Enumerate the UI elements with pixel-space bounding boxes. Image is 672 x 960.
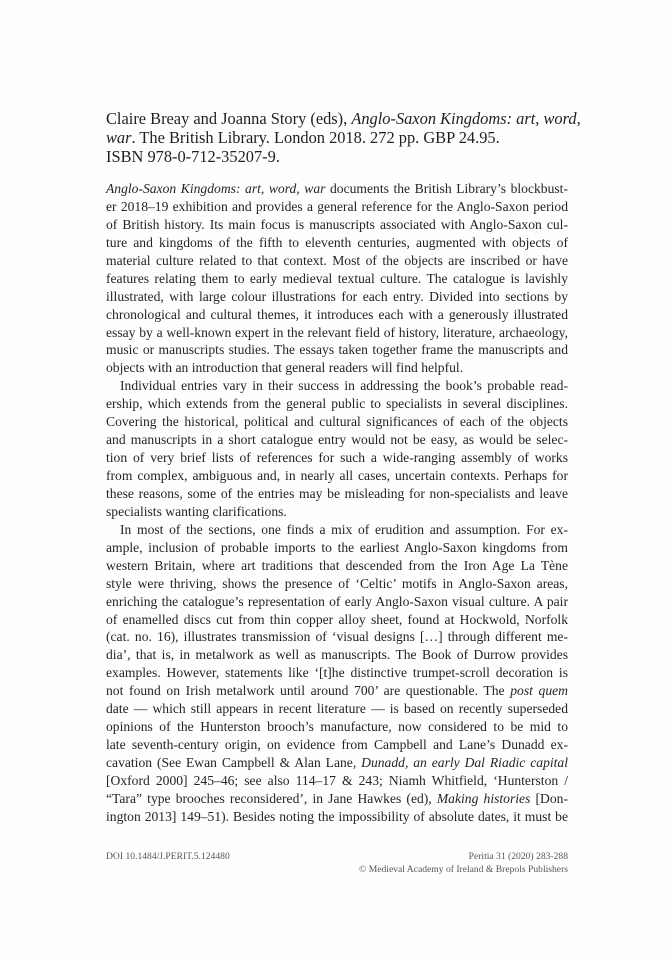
text-run: not found on Irish metalwork until aroun… [106, 683, 510, 698]
heading-line: Claire Breay and Joanna Story (eds), Ang… [106, 109, 568, 128]
text-run: western Britain, where art traditions th… [106, 558, 568, 573]
body-line: and manuscripts in a short catalogue ent… [106, 431, 568, 449]
body-line: Anglo-Saxon Kingdoms: art, word, war doc… [106, 180, 568, 198]
body-line: music or manuscripts studies. The essays… [106, 341, 568, 359]
text-run: and manuscripts in a short catalogue ent… [106, 432, 568, 447]
body-line: ample, inclusion of probable imports to … [106, 539, 568, 557]
body-line: essay by a well-known expert in the rele… [106, 324, 568, 342]
text-run: enriching the catalogue’s representation… [106, 594, 568, 609]
body-line: chronological and cultural themes, it in… [106, 306, 568, 324]
copyright-notice: © Medieval Academy of Ireland & Brepols … [359, 863, 568, 876]
body-line: western Britain, where art traditions th… [106, 557, 568, 575]
text-run: chronological and cultural themes, it in… [106, 307, 568, 322]
text-run: opinions of the Hunterston brooch’s manu… [106, 719, 568, 734]
body-line: from complex, ambiguous and, in nearly a… [106, 467, 568, 485]
italic-text: Dunadd, an early Dal Riadic capital [361, 755, 568, 770]
body-line: dia’, that is, in metalwork as well as m… [106, 646, 568, 664]
body-line: not found on Irish metalwork until aroun… [106, 682, 568, 700]
footer-citation: Peritia 31 (2020) 283-288 © Medieval Aca… [359, 850, 568, 876]
text-run: of enamelled discs cut from thin copper … [106, 612, 568, 627]
text-run: dia’, that is, in metalwork as well as m… [106, 647, 568, 662]
body-line: illustrated, with large colour illustrat… [106, 288, 568, 306]
text-run: specialists wanting clarifications. [106, 504, 287, 519]
body-line: opinions of the Hunterston brooch’s manu… [106, 718, 568, 736]
text-run: Individual entries vary in their success… [120, 378, 568, 393]
italic-text: Making histories [437, 791, 531, 806]
body-line: ington 2013] 149–51). Besides noting the… [106, 808, 568, 826]
body-line: enriching the catalogue’s representation… [106, 593, 568, 611]
body-line: of enamelled discs cut from thin copper … [106, 611, 568, 629]
text-run: ture and kingdoms of the fifth to eleven… [106, 235, 568, 250]
isbn-line: ISBN 978-0-712-35207-9. [106, 147, 568, 166]
text-run: from complex, ambiguous and, in nearly a… [106, 468, 568, 483]
doi-text: DOI 10.1484/J.PERIT.5.124480 [106, 850, 230, 863]
body-line: Individual entries vary in their success… [106, 377, 568, 395]
text-run: late seventh-century origin, on evidence… [106, 737, 568, 752]
book-title: Anglo-Saxon Kingdoms: art, word, [351, 109, 580, 128]
body-line: specialists wanting clarifications. [106, 503, 568, 521]
text-run: [Oxford 2000] 245–46; see also 114–17 & … [106, 773, 568, 788]
body-line: ership, which extends from the general p… [106, 395, 568, 413]
text-run: style were thriving, shows the presence … [106, 576, 568, 591]
text-run: music or manuscripts studies. The essays… [106, 342, 568, 357]
text-run: date — which still appears in recent lit… [106, 701, 568, 716]
text-run: ample, inclusion of probable imports to … [106, 540, 568, 555]
review-body: Anglo-Saxon Kingdoms: art, word, war doc… [106, 180, 568, 826]
journal-citation: Peritia 31 (2020) 283-288 [359, 850, 568, 863]
body-line: In most of the sections, one finds a mix… [106, 521, 568, 539]
body-line: these reasons, some of the entries may b… [106, 485, 568, 503]
body-line: Covering the historical, political and c… [106, 413, 568, 431]
text-run: ington 2013] 149–51). Besides noting the… [106, 809, 568, 824]
text-run: Covering the historical, political and c… [106, 414, 568, 429]
text-run: cavation (See Ewan Campbell & Alan Lane, [106, 755, 361, 770]
text-run: In most of the sections, one finds a mix… [120, 522, 568, 537]
review-heading: Claire Breay and Joanna Story (eds), Ang… [106, 109, 568, 167]
text-run: objects with an introduction that genera… [106, 360, 463, 375]
text-run: essay by a well-known expert in the rele… [106, 325, 568, 340]
text-run: examples. However, statements like ‘[t]h… [106, 665, 568, 680]
text-run: features relating them to early medieval… [106, 271, 568, 286]
text-run: [Don- [530, 791, 568, 806]
text-run: er 2018–19 exhibition and provides a gen… [106, 199, 568, 214]
body-line: of British history. Its main focus is ma… [106, 216, 568, 234]
text-run: ership, which extends from the general p… [106, 396, 568, 411]
text-run: material culture related to that context… [106, 253, 568, 268]
body-line: (cat. no. 16), illustrates transmission … [106, 628, 568, 646]
text-run: of British history. Its main focus is ma… [106, 217, 568, 232]
text-run: tion of very brief lists of references f… [106, 450, 568, 465]
text-run: these reasons, some of the entries may b… [106, 486, 568, 501]
italic-text: post quem [510, 683, 568, 698]
body-line: features relating them to early medieval… [106, 270, 568, 288]
heading-line: war. The British Library. London 2018. 2… [106, 128, 568, 147]
book-title: war [106, 128, 132, 147]
body-line: er 2018–19 exhibition and provides a gen… [106, 198, 568, 216]
body-line: [Oxford 2000] 245–46; see also 114–17 & … [106, 772, 568, 790]
body-line: style were thriving, shows the presence … [106, 575, 568, 593]
body-line: tion of very brief lists of references f… [106, 449, 568, 467]
text-run: “Tara” type brooches reconsidered’, in J… [106, 791, 437, 806]
body-line: cavation (See Ewan Campbell & Alan Lane,… [106, 754, 568, 772]
body-line: “Tara” type brooches reconsidered’, in J… [106, 790, 568, 808]
text-run: (cat. no. 16), illustrates transmission … [106, 629, 568, 644]
text-run: illustrated, with large colour illustrat… [106, 289, 568, 304]
body-line: ture and kingdoms of the fifth to eleven… [106, 234, 568, 252]
body-line: date — which still appears in recent lit… [106, 700, 568, 718]
italic-text: Anglo-Saxon Kingdoms: art, word, war [106, 181, 325, 196]
body-line: material culture related to that context… [106, 252, 568, 270]
body-line: late seventh-century origin, on evidence… [106, 736, 568, 754]
body-line: examples. However, statements like ‘[t]h… [106, 664, 568, 682]
body-line: objects with an introduction that genera… [106, 359, 568, 377]
text-run: documents the British Library’s blockbus… [325, 181, 568, 196]
